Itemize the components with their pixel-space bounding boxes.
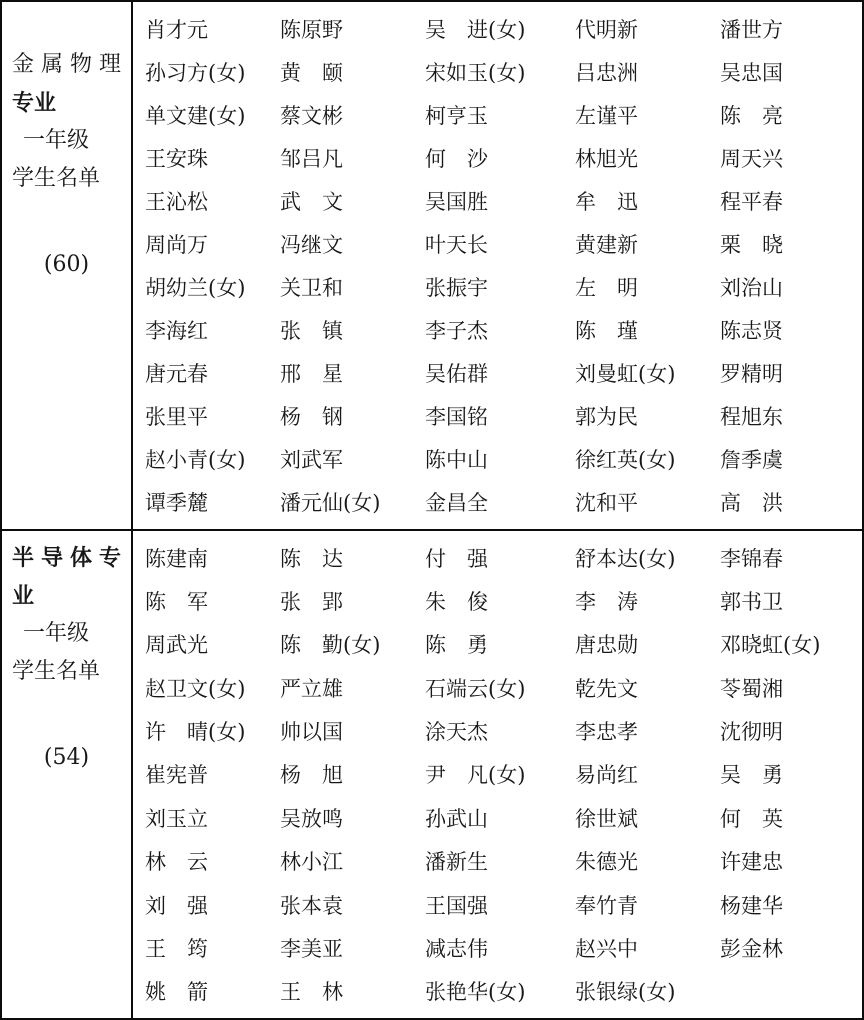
student-name: 杨 旭 — [280, 753, 425, 796]
major-section-semiconductor: 半导体专 业 一年级 学生名单 (54) 陈建南陈 达付 强舒本达(女)李锦春陈… — [2, 531, 862, 1018]
major-title-line2: 专业 — [12, 84, 121, 122]
student-name: 邢 星 — [280, 352, 425, 395]
student-name: 宋如玉(女) — [425, 50, 575, 93]
major-title-line1: 半导体专 — [12, 539, 121, 577]
student-roster-table: 金属物理 专业 一年级 学生名单 (60) 肖才元陈原野吴 进(女)代明新潘世方… — [0, 0, 864, 1020]
student-name: 孙习方(女) — [145, 50, 280, 93]
student-name: 代明新 — [575, 7, 720, 50]
student-name: 郭书卫 — [720, 579, 862, 622]
student-name: 吴佑群 — [425, 352, 575, 395]
student-name: 李子杰 — [425, 309, 575, 352]
student-name: 杨建华 — [720, 883, 862, 926]
student-name: 张银绿(女) — [575, 970, 720, 1013]
student-count: (54) — [12, 745, 121, 770]
student-name: 罗精明 — [720, 352, 862, 395]
student-name: 尹 凡(女) — [425, 753, 575, 796]
student-name: 王 林 — [280, 970, 425, 1013]
student-name: 林旭光 — [575, 136, 720, 179]
student-name: 陈 达 — [280, 536, 425, 579]
student-name: 王 筠 — [145, 926, 280, 969]
student-name: 潘元仙(女) — [280, 481, 425, 524]
student-name: 邹吕凡 — [280, 136, 425, 179]
student-name: 叶天长 — [425, 222, 575, 265]
student-name: 唐忠勋 — [575, 623, 720, 666]
student-name: 涂天杰 — [425, 709, 575, 752]
student-name: 周天兴 — [720, 136, 862, 179]
student-name: 陈中山 — [425, 438, 575, 481]
student-name: 易尚红 — [575, 753, 720, 796]
roster-label: 学生名单 — [12, 653, 121, 691]
student-name: 朱 俊 — [425, 579, 575, 622]
student-name: 唐元春 — [145, 352, 280, 395]
student-name — [720, 970, 862, 1013]
major-header: 半导体专 业 一年级 学生名单 (54) — [2, 531, 133, 1018]
student-name: 石端云(女) — [425, 666, 575, 709]
student-name: 陈建南 — [145, 536, 280, 579]
student-name: 刘治山 — [720, 265, 862, 308]
student-name: 邓晓虹(女) — [720, 623, 862, 666]
student-name: 李海红 — [145, 309, 280, 352]
student-name: 李忠孝 — [575, 709, 720, 752]
student-name: 柯亨玉 — [425, 93, 575, 136]
student-name: 刘 强 — [145, 883, 280, 926]
student-name: 付 强 — [425, 536, 575, 579]
student-name: 陈 亮 — [720, 93, 862, 136]
student-name: 潘新生 — [425, 840, 575, 883]
student-name: 舒本达(女) — [575, 536, 720, 579]
student-name: 张振宇 — [425, 265, 575, 308]
student-name: 高 洪 — [720, 481, 862, 524]
student-name: 沈和平 — [575, 481, 720, 524]
student-name: 金昌全 — [425, 481, 575, 524]
student-name: 左谨平 — [575, 93, 720, 136]
student-name: 吴 勇 — [720, 753, 862, 796]
student-name: 朱德光 — [575, 840, 720, 883]
student-name: 关卫和 — [280, 265, 425, 308]
student-name: 张 镇 — [280, 309, 425, 352]
student-name: 苓蜀湘 — [720, 666, 862, 709]
student-name: 张 郢 — [280, 579, 425, 622]
student-count: (60) — [12, 252, 121, 277]
student-name: 蔡文彬 — [280, 93, 425, 136]
student-name: 张里平 — [145, 395, 280, 438]
student-name: 孙武山 — [425, 796, 575, 839]
student-name: 林 云 — [145, 840, 280, 883]
student-name: 吴 进(女) — [425, 7, 575, 50]
student-name: 詹季虞 — [720, 438, 862, 481]
student-name: 陈原野 — [280, 7, 425, 50]
student-names-grid: 陈建南陈 达付 强舒本达(女)李锦春陈 军张 郢朱 俊李 涛郭书卫周武光陈 勤(… — [133, 531, 862, 1018]
student-name: 彭金林 — [720, 926, 862, 969]
student-name: 吴忠国 — [720, 50, 862, 93]
student-name: 胡幼兰(女) — [145, 265, 280, 308]
student-name: 郭为民 — [575, 395, 720, 438]
student-name: 刘曼虹(女) — [575, 352, 720, 395]
student-name: 陈 勤(女) — [280, 623, 425, 666]
student-name: 陈 军 — [145, 579, 280, 622]
student-name: 刘武军 — [280, 438, 425, 481]
student-name: 吴国胜 — [425, 179, 575, 222]
student-name: 陈 勇 — [425, 623, 575, 666]
student-name: 王国强 — [425, 883, 575, 926]
student-name: 张艳华(女) — [425, 970, 575, 1013]
student-name: 李 涛 — [575, 579, 720, 622]
student-name: 赵兴中 — [575, 926, 720, 969]
student-name: 李锦春 — [720, 536, 862, 579]
major-title-line1: 金属物理 — [12, 46, 121, 84]
student-name: 刘玉立 — [145, 796, 280, 839]
student-name: 黄建新 — [575, 222, 720, 265]
student-name: 周尚万 — [145, 222, 280, 265]
student-name: 程旭东 — [720, 395, 862, 438]
student-name: 杨 钢 — [280, 395, 425, 438]
major-section-metal-physics: 金属物理 专业 一年级 学生名单 (60) 肖才元陈原野吴 进(女)代明新潘世方… — [2, 2, 862, 531]
student-name: 陈 瑾 — [575, 309, 720, 352]
student-name: 张本袁 — [280, 883, 425, 926]
student-name: 何 英 — [720, 796, 862, 839]
student-name: 栗 晓 — [720, 222, 862, 265]
student-name: 左 明 — [575, 265, 720, 308]
student-name: 黄 颐 — [280, 50, 425, 93]
student-name: 王安珠 — [145, 136, 280, 179]
roster-label: 学生名单 — [12, 160, 121, 198]
student-name: 陈志贤 — [720, 309, 862, 352]
student-name: 减志伟 — [425, 926, 575, 969]
student-name: 许 晴(女) — [145, 709, 280, 752]
student-name: 谭季麓 — [145, 481, 280, 524]
student-name: 林小江 — [280, 840, 425, 883]
student-name: 徐红英(女) — [575, 438, 720, 481]
student-name: 吴放鸣 — [280, 796, 425, 839]
student-name: 赵卫文(女) — [145, 666, 280, 709]
student-name: 何 沙 — [425, 136, 575, 179]
student-name: 吕忠洲 — [575, 50, 720, 93]
student-name: 奉竹青 — [575, 883, 720, 926]
student-name: 崔宪普 — [145, 753, 280, 796]
major-header: 金属物理 专业 一年级 学生名单 (60) — [2, 2, 133, 529]
student-name: 周武光 — [145, 623, 280, 666]
student-name: 乾先文 — [575, 666, 720, 709]
student-name: 单文建(女) — [145, 93, 280, 136]
student-name: 姚 箭 — [145, 970, 280, 1013]
major-title-line2: 业 — [12, 577, 121, 615]
student-name: 王沁松 — [145, 179, 280, 222]
student-name: 赵小青(女) — [145, 438, 280, 481]
student-names-grid: 肖才元陈原野吴 进(女)代明新潘世方孙习方(女)黄 颐宋如玉(女)吕忠洲吴忠国单… — [133, 2, 862, 529]
student-name: 牟 迅 — [575, 179, 720, 222]
grade-label: 一年级 — [12, 615, 121, 653]
grade-label: 一年级 — [12, 122, 121, 160]
student-name: 许建忠 — [720, 840, 862, 883]
student-name: 李美亚 — [280, 926, 425, 969]
student-name: 帅以国 — [280, 709, 425, 752]
student-name: 李国铭 — [425, 395, 575, 438]
student-name: 冯继文 — [280, 222, 425, 265]
student-name: 肖才元 — [145, 7, 280, 50]
student-name: 严立雄 — [280, 666, 425, 709]
student-name: 潘世方 — [720, 7, 862, 50]
student-name: 徐世斌 — [575, 796, 720, 839]
student-name: 武 文 — [280, 179, 425, 222]
student-name: 程平春 — [720, 179, 862, 222]
student-name: 沈彻明 — [720, 709, 862, 752]
